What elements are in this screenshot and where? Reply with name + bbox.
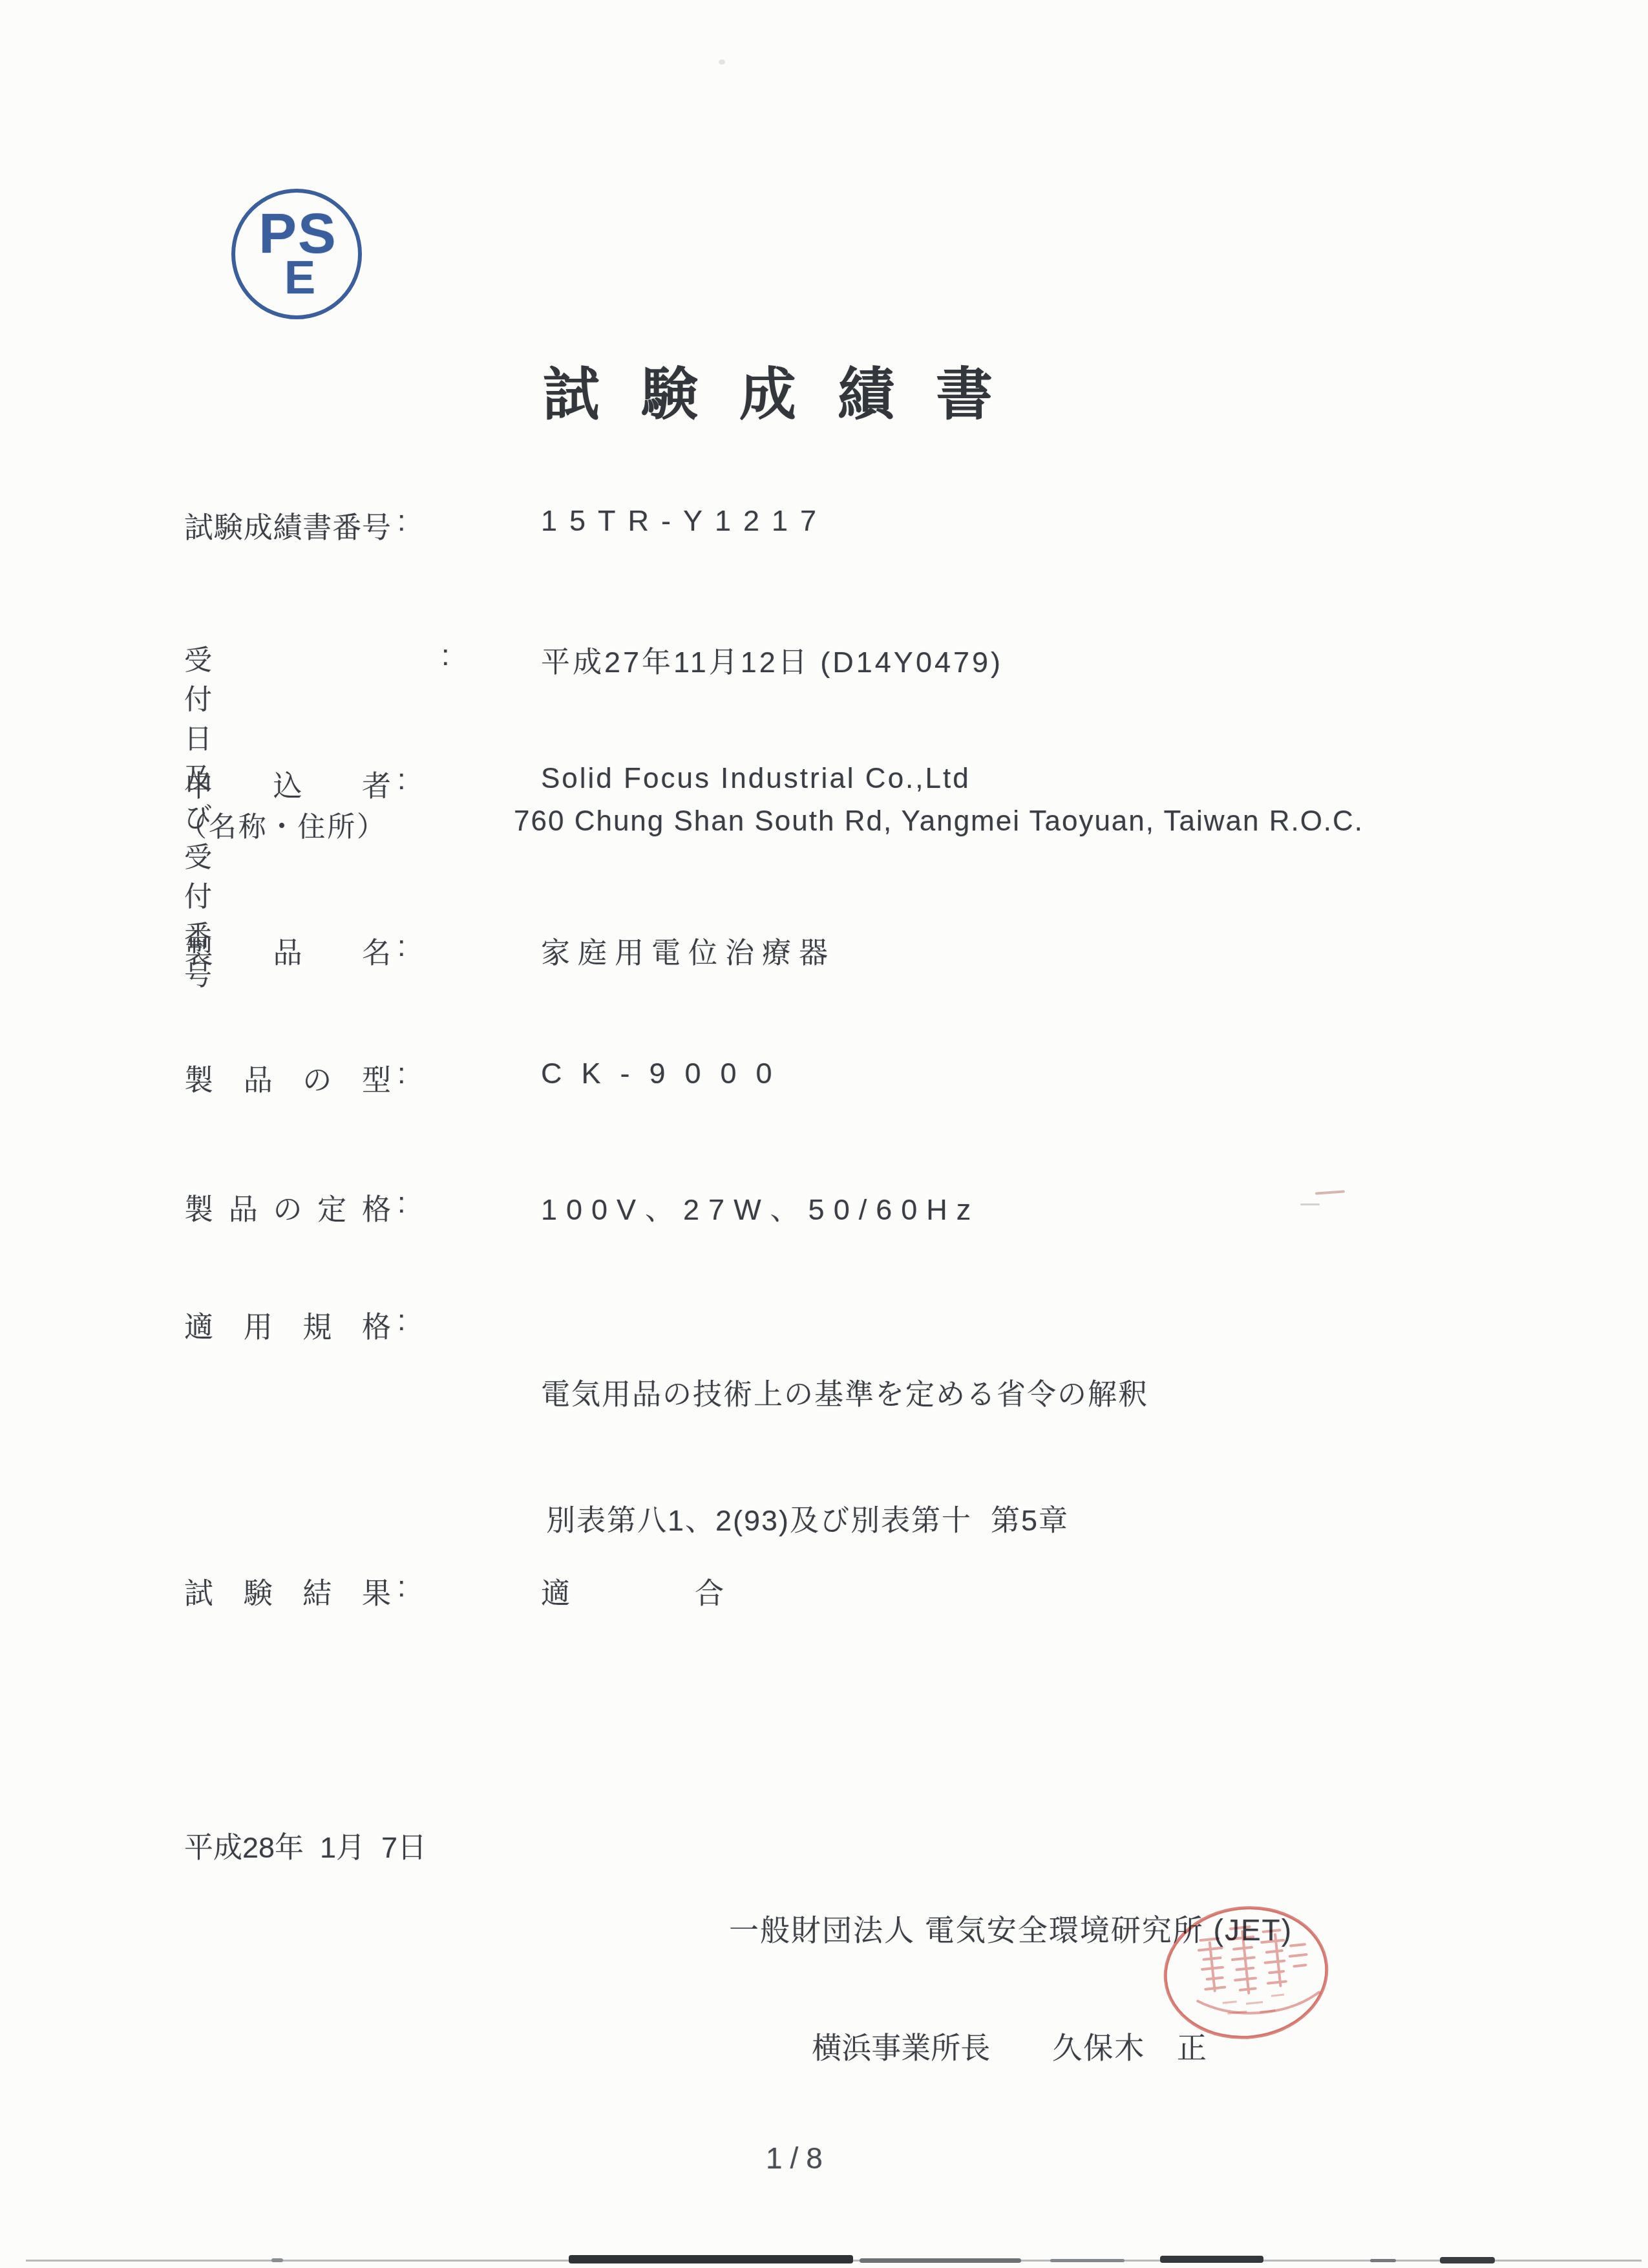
field-separator: : bbox=[397, 929, 406, 963]
scan-edge-blob bbox=[1440, 2257, 1495, 2263]
field-label: 製品の型 bbox=[184, 1057, 391, 1099]
field-separator: : bbox=[397, 1304, 406, 1337]
scan-edge-blob bbox=[1050, 2259, 1125, 2262]
issue-date: 平成28年 1月 7日 bbox=[184, 1824, 427, 1866]
field-separator: : bbox=[397, 1057, 406, 1090]
field-value-char1: 適 bbox=[541, 1570, 570, 1612]
field-separator: : bbox=[397, 1570, 406, 1604]
scan-edge-blob bbox=[860, 2258, 1021, 2263]
field-value: 15TR-Y1217 bbox=[541, 504, 829, 538]
field-value: Solid Focus Industrial Co.,Ltd bbox=[541, 763, 971, 795]
field-label: 製品名 bbox=[184, 929, 391, 971]
field-separator: : bbox=[397, 504, 406, 538]
field-label: 申込者 bbox=[184, 763, 391, 805]
field-label: 適用規格 bbox=[184, 1304, 391, 1346]
scan-edge-blob bbox=[1160, 2256, 1263, 2263]
field-value: 家庭用電位治療器 bbox=[541, 929, 836, 971]
page-number: 1/8 bbox=[766, 2141, 830, 2176]
pse-mark-bottom-text: E bbox=[284, 257, 315, 299]
scan-speck bbox=[1300, 1203, 1320, 1205]
page-title: 試験成績書 bbox=[543, 349, 1034, 430]
signer-title: 横浜事業所長 bbox=[812, 2031, 990, 2064]
test-report-page: PS E 試験成績書 試験成績書番号 : 15TR-Y1217 受付日及び受付番… bbox=[0, 0, 1648, 2268]
scan-speck bbox=[719, 59, 725, 65]
pse-mark-top-text: PS bbox=[259, 209, 337, 258]
field-value: 100V、27W、50/60Hz bbox=[541, 1186, 980, 1228]
scan-edge-blob bbox=[1370, 2259, 1396, 2262]
field-value: 平成27年11月12日 (D14Y0479) bbox=[541, 639, 1003, 681]
scan-edge-blob bbox=[271, 2258, 283, 2262]
red-seal-stamp-icon bbox=[1159, 1900, 1333, 2049]
field-separator: : bbox=[397, 763, 406, 796]
field-label: 試験成績書番号 bbox=[184, 504, 391, 546]
field-sub-value: 760 Chung Shan South Rd, Yangmei Taoyuan… bbox=[514, 805, 1364, 838]
field-label: 試験結果 bbox=[184, 1570, 391, 1612]
scan-speck bbox=[1315, 1190, 1345, 1194]
field-label: 製品の定格 bbox=[184, 1186, 391, 1228]
signer-line: 横浜事業所長久保木 正 bbox=[779, 1989, 1208, 2102]
field-separator: : bbox=[441, 639, 450, 672]
pse-mark-icon: PS E bbox=[231, 189, 362, 319]
field-value-char2: 合 bbox=[695, 1570, 724, 1612]
field-sub-label: （名称・住所） bbox=[179, 805, 385, 845]
field-separator: : bbox=[397, 1186, 406, 1220]
field-value-line1: 電気用品の技術上の基準を定める省令の解釈 bbox=[541, 1371, 1148, 1413]
field-value: CK-9000 bbox=[541, 1057, 792, 1090]
field-value-line2: 別表第八1、2(93)及び別表第十 第5章 bbox=[546, 1497, 1148, 1539]
scan-edge-blob bbox=[569, 2255, 853, 2263]
